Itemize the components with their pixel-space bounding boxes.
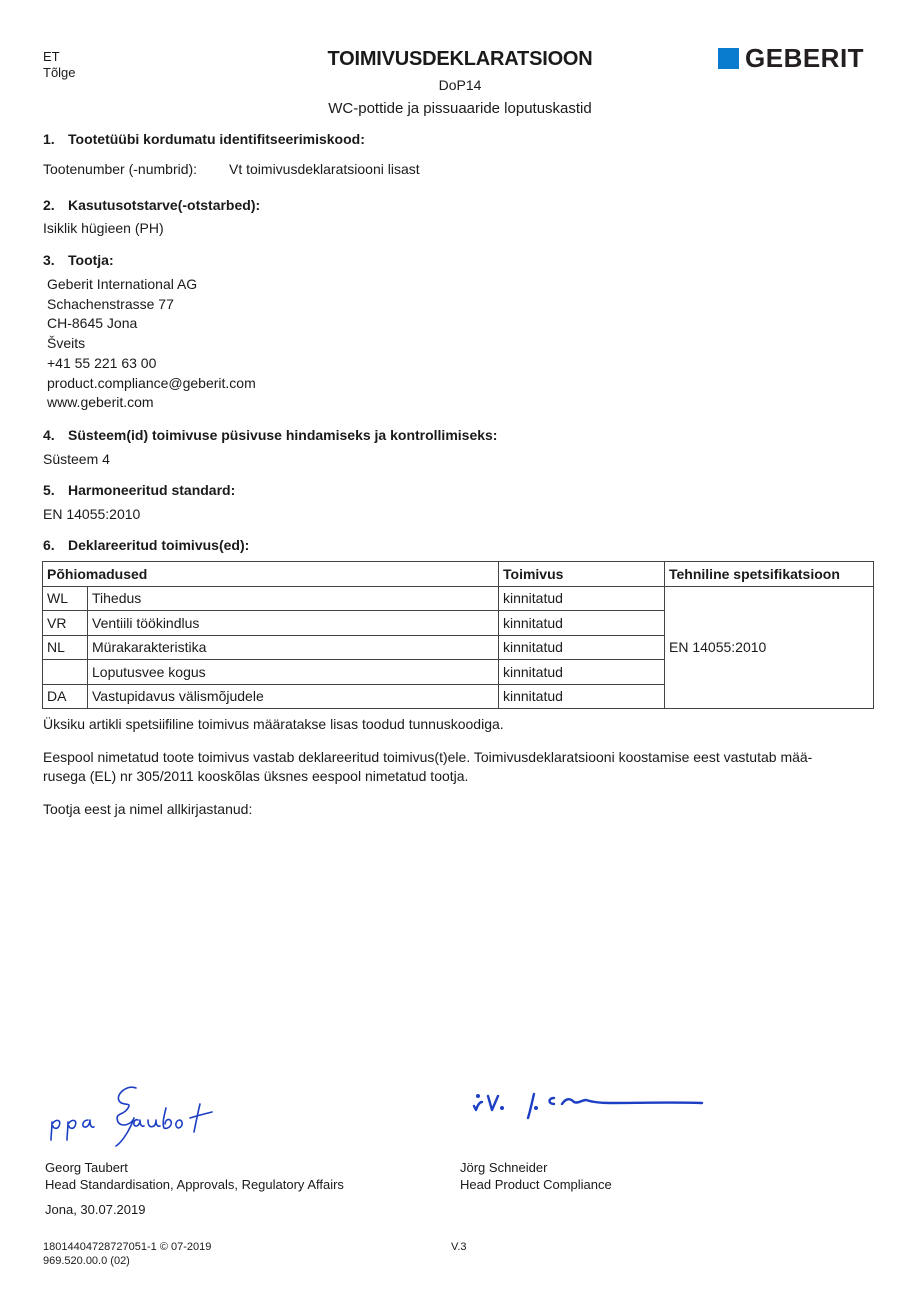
row-code bbox=[43, 660, 88, 685]
section-title: Kasutusotstarve(-otstarbed): bbox=[68, 197, 260, 213]
row-code: WL bbox=[43, 586, 88, 611]
signatory-2-name: Jörg Schneider bbox=[460, 1160, 547, 1176]
document-title: TOIMIVUSDEKLARATSIOON bbox=[260, 48, 660, 71]
website: www.geberit.com bbox=[47, 393, 256, 413]
row-performance: kinnitatud bbox=[499, 611, 665, 636]
phone: +41 55 221 63 00 bbox=[47, 354, 256, 374]
section-number: 6. bbox=[43, 536, 68, 554]
table-row: WL Tihedus kinnitatud EN 14055:2010 bbox=[43, 586, 874, 611]
intended-use-value: Isiklik hügieen (PH) bbox=[43, 219, 164, 238]
email: product.compliance@geberit.com bbox=[47, 374, 256, 394]
section-title: Tootetüübi kordumatu identifitseerimisko… bbox=[68, 131, 365, 147]
dop-number: DoP14 bbox=[260, 76, 660, 95]
row-performance: kinnitatud bbox=[499, 660, 665, 685]
place-date: Jona, 30.07.2019 bbox=[45, 1202, 145, 1218]
street: Schachenstrasse 77 bbox=[47, 295, 256, 315]
row-code: VR bbox=[43, 611, 88, 636]
signature-schneider-icon bbox=[470, 1088, 710, 1128]
responsibility-statement-line-2: rusega (EL) nr 305/2011 kooskõlas üksnes… bbox=[43, 767, 468, 786]
section-title: Tootja: bbox=[68, 252, 114, 268]
section-number: 2. bbox=[43, 196, 68, 214]
header-technical-specification: Tehniline spetsifikatsioon bbox=[665, 562, 874, 587]
row-property: Tihedus bbox=[88, 586, 499, 611]
logo-square-icon bbox=[718, 48, 739, 69]
section-2-heading: 2.Kasutusotstarve(-otstarbed): bbox=[43, 196, 260, 214]
header-performance: Toimivus bbox=[499, 562, 665, 587]
section-1-heading: 1.Tootetüübi kordumatu identifitseerimis… bbox=[43, 130, 365, 148]
geberit-logo: GEBERIT bbox=[718, 46, 874, 70]
signed-for-label: Tootja eest ja nimel allkirjastanud: bbox=[43, 800, 252, 819]
section-6-heading: 6.Deklareeritud toimivus(ed): bbox=[43, 536, 249, 554]
row-performance: kinnitatud bbox=[499, 684, 665, 709]
row-property: Ventiili töökindlus bbox=[88, 611, 499, 636]
signatory-1-role: Head Standardisation, Approvals, Regulat… bbox=[45, 1177, 344, 1193]
section-title: Deklareeritud toimivus(ed): bbox=[68, 537, 249, 553]
translation-note: Tõlge bbox=[43, 65, 76, 81]
footer-version: V.3 bbox=[451, 1240, 467, 1254]
row-code: NL bbox=[43, 635, 88, 660]
performance-table: Põhiomadused Toimivus Tehniline spetsifi… bbox=[42, 561, 874, 709]
document-subtitle: WC-pottide ja pissuaaride loputuskastid bbox=[200, 99, 720, 118]
section-5-heading: 5.Harmoneeritud standard: bbox=[43, 481, 235, 499]
signatory-2-role: Head Product Compliance bbox=[460, 1177, 612, 1193]
logo-wordmark: GEBERIT bbox=[745, 46, 864, 70]
avcp-system-value: Süsteem 4 bbox=[43, 450, 110, 469]
country: Šveits bbox=[47, 334, 256, 354]
signatory-1-name: Georg Taubert bbox=[45, 1160, 128, 1176]
row-performance: kinnitatud bbox=[499, 586, 665, 611]
signature-taubert-icon bbox=[48, 1082, 258, 1152]
harmonised-standard-value: EN 14055:2010 bbox=[43, 505, 140, 524]
row-property: Mürakarakteristika bbox=[88, 635, 499, 660]
section-number: 3. bbox=[43, 251, 68, 269]
section-3-heading: 3.Tootja: bbox=[43, 251, 114, 269]
section-4-heading: 4.Süsteem(id) toimivuse püsivuse hindami… bbox=[43, 426, 497, 444]
section-number: 1. bbox=[43, 130, 68, 148]
row-property: Vastupidavus välismõjudele bbox=[88, 684, 499, 709]
row-property: Loputusvee kogus bbox=[88, 660, 499, 685]
section-title: Harmoneeritud standard: bbox=[68, 482, 235, 498]
product-number-label: Tootenumber (-numbrid): bbox=[43, 160, 197, 179]
responsibility-statement-line-1: Eespool nimetatud toote toimivus vastab … bbox=[43, 748, 812, 767]
footer-article-number: 969.520.00.0 (02) bbox=[43, 1254, 130, 1268]
table-header-row: Põhiomadused Toimivus Tehniline spetsifi… bbox=[43, 562, 874, 587]
header-essential-characteristics: Põhiomadused bbox=[43, 562, 499, 587]
postal-city: CH-8645 Jona bbox=[47, 314, 256, 334]
company-name: Geberit International AG bbox=[47, 275, 256, 295]
product-number-value: Vt toimivusdeklaratsiooni lisast bbox=[229, 160, 420, 179]
language-code: ET bbox=[43, 49, 60, 65]
manufacturer-address: Geberit International AG Schachenstrasse… bbox=[47, 275, 256, 413]
technical-specification-cell: EN 14055:2010 bbox=[665, 586, 874, 709]
section-title: Süsteem(id) toimivuse püsivuse hindamise… bbox=[68, 427, 497, 443]
footer-doc-id: 18014404728727051-1 © 07-2019 bbox=[43, 1240, 211, 1254]
row-code: DA bbox=[43, 684, 88, 709]
row-performance: kinnitatud bbox=[499, 635, 665, 660]
section-number: 5. bbox=[43, 481, 68, 499]
specific-performance-note: Üksiku artikli spetsiifiline toimivus mä… bbox=[43, 715, 504, 734]
section-number: 4. bbox=[43, 426, 68, 444]
